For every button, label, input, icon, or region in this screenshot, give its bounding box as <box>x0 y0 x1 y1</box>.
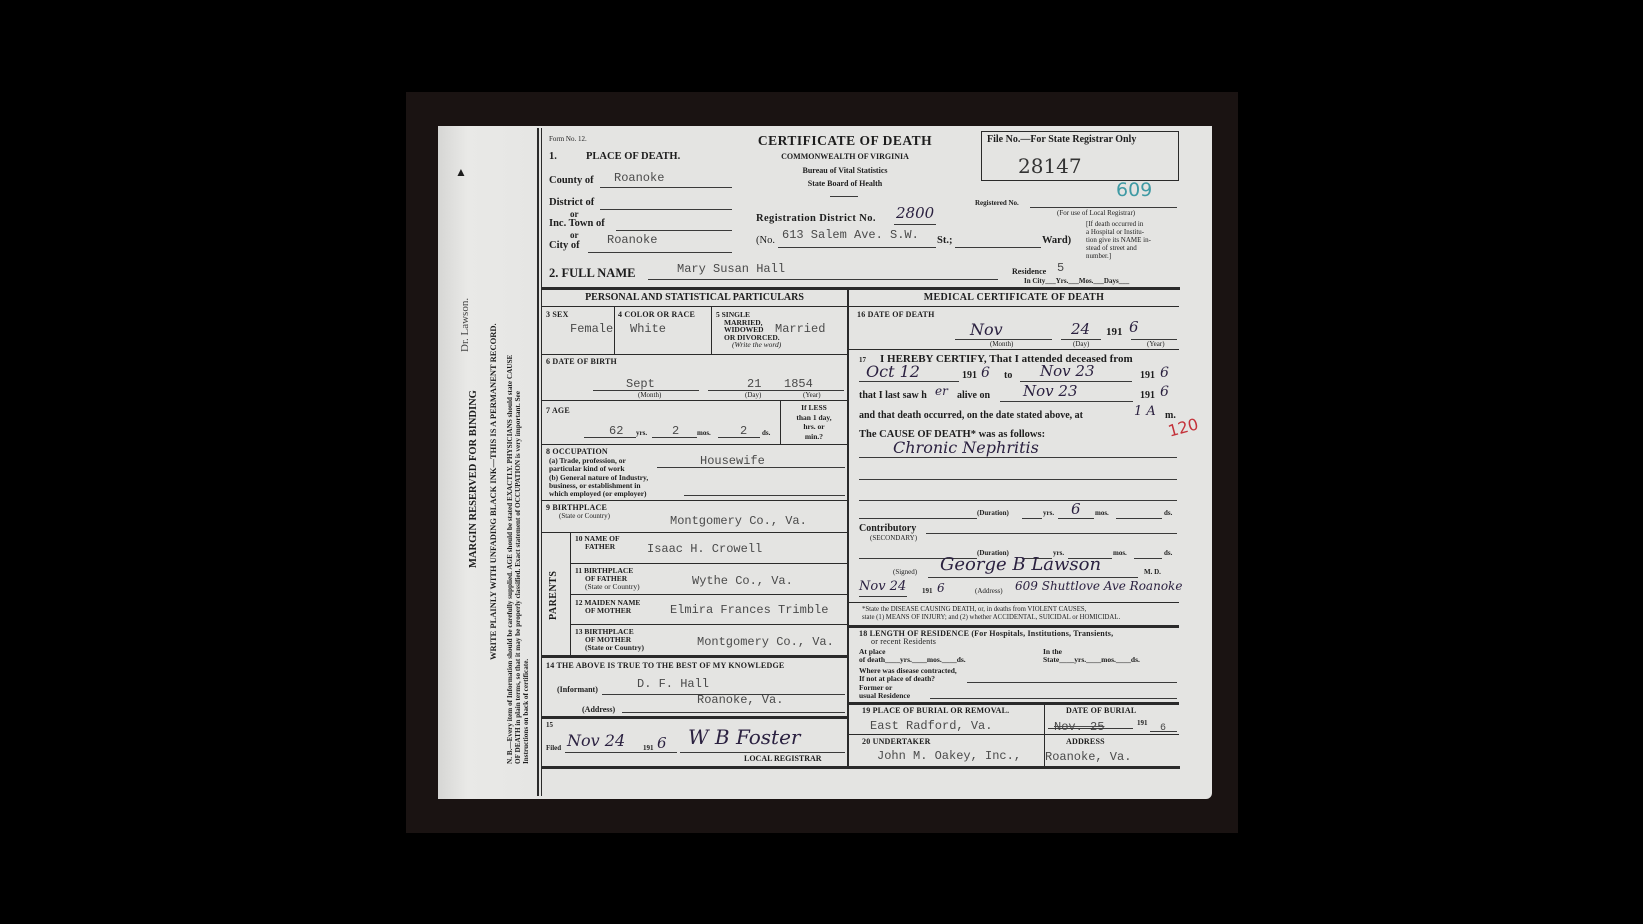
commonwealth-label: COMMONWEALTH OF VIRGINIA <box>720 153 970 161</box>
physician-signature: George B Lawson <box>940 556 1101 574</box>
year-caption: (Year) <box>803 392 821 399</box>
medical-header: MEDICAL CERTIFICATE OF DEATH <box>849 293 1179 303</box>
duration-years-line <box>1022 518 1042 519</box>
burial-year-suffix: 6 <box>1160 724 1166 734</box>
hospital-note-line: number.] <box>1086 252 1151 260</box>
informant-address-line <box>622 712 845 713</box>
rule <box>542 444 847 445</box>
month-caption: (Month) <box>990 341 1013 348</box>
less-than-line: hrs. or <box>782 422 846 432</box>
ward-line <box>955 247 1041 248</box>
rule <box>542 354 847 355</box>
dob-year: 1854 <box>784 378 813 390</box>
signed-label: (Signed) <box>893 569 917 576</box>
filed-number: 15 <box>546 722 553 729</box>
undertaker-address-label: ADDRESS <box>1066 738 1105 746</box>
year-suffix: 6 <box>981 366 990 380</box>
less-than-line: than 1 day, <box>782 413 846 423</box>
registrar-line <box>680 752 845 753</box>
occ-b-line: which employed (or employer) <box>549 490 648 498</box>
signed-date: Nov 24 <box>859 580 906 593</box>
day-caption: (Day) <box>1073 341 1089 348</box>
duration-months: 6 <box>1071 502 1081 517</box>
physician-address: 609 Shuttlove Ave Roanoke <box>1015 580 1182 592</box>
disease-contracted: Where was disease contracted, If not at … <box>859 667 957 683</box>
hospital-note-line: stead of street and <box>1086 244 1151 252</box>
race-label: 4 COLOR OR RACE <box>618 311 695 319</box>
registered-number-value: 609 <box>1116 181 1152 200</box>
year-suffix: 6 <box>1160 366 1169 380</box>
burial-date-label: DATE OF BURIAL <box>1066 707 1136 715</box>
registrar-signature: W B Foster <box>688 727 801 747</box>
dod-label: 16 DATE OF DEATH <box>857 311 935 319</box>
cell-divider <box>780 400 781 444</box>
column-divider <box>847 289 849 767</box>
residence-label: Residence <box>1012 268 1046 276</box>
marital-note: (Write the word) <box>716 341 781 349</box>
filed-year-prefix: 191 <box>643 745 654 752</box>
month-caption: (Month) <box>638 392 661 399</box>
street-line <box>778 247 936 248</box>
last-saw-line <box>1000 401 1133 402</box>
mother-value: Elmira Frances Trimble <box>670 604 828 616</box>
burial-date-line <box>1048 728 1133 729</box>
alive-on-label: alive on <box>957 391 990 401</box>
sex-label: 3 SEX <box>546 311 569 319</box>
rule <box>849 306 1179 307</box>
filed-date: Nov 24 <box>567 733 625 749</box>
margin-binding-text: MARGIN RESERVED FOR BINDING <box>469 390 480 568</box>
at-place-of-death: At place of death____yrs.____mos.____ds. <box>859 648 966 664</box>
day-caption: (Day) <box>745 392 761 399</box>
certify-number: 17 <box>859 357 866 364</box>
mother-birthplace-label: 13 BIRTHPLACE OF MOTHER (State or Countr… <box>575 628 644 652</box>
street-value: 613 Salem Ave. S.W. <box>782 229 919 241</box>
secondary-label: (SECONDARY) <box>870 535 917 542</box>
contracted-line-rule <box>967 682 1177 683</box>
year-suffix: 6 <box>1160 385 1169 399</box>
informant-value: D. F. Hall <box>637 678 709 690</box>
less-than-day: If LESS than 1 day, hrs. or min.? <box>782 403 846 441</box>
informant-address-value: Roanoke, Va. <box>697 694 783 706</box>
full-name-line <box>648 279 998 280</box>
st-label: St.; <box>937 236 952 247</box>
mother-label: 12 MAIDEN NAME OF MOTHER <box>575 599 640 615</box>
margin-double-rule <box>537 128 539 796</box>
contributory-label: Contributory <box>859 524 916 534</box>
former-residence: Former or usual Residence <box>859 684 910 700</box>
age-label: 7 AGE <box>546 407 570 415</box>
year-prefix: 191 <box>1140 371 1155 381</box>
mother-bp-line: (State or Country) <box>575 644 644 652</box>
residence-value: 5 <box>1057 262 1064 274</box>
section-rule <box>849 702 1179 705</box>
residence-length-sub: or recent Residents <box>871 638 936 646</box>
rule <box>849 602 1179 603</box>
or-label: or <box>570 231 579 240</box>
duration-label: (Duration) <box>977 510 1009 517</box>
duration-line <box>859 518 977 519</box>
bureau-label: Bureau of Vital Statistics <box>720 167 970 175</box>
reg-district-value: 2800 <box>896 206 934 221</box>
in-the-state: In the State____yrs.____mos.____ds. <box>1043 648 1140 664</box>
father-birthplace-label: 11 BIRTHPLACE OF FATHER (State or Countr… <box>575 567 640 591</box>
full-name-value: Mary Susan Hall <box>677 263 785 275</box>
cause-line <box>859 457 1177 458</box>
personal-header: PERSONAL AND STATISTICAL PARTICULARS <box>542 293 847 303</box>
father-bp-line: (State or Country) <box>575 583 640 591</box>
footnote-line: state (1) MEANS OF INJURY; and (2) wheth… <box>862 614 1120 622</box>
duration-months-line <box>1058 518 1094 519</box>
in-state-line: State____yrs.____mos.____ds. <box>1043 656 1140 664</box>
rule <box>571 624 847 625</box>
contributory-line <box>926 533 1177 534</box>
former-line: usual Residence <box>859 692 910 700</box>
county-value: Roanoke <box>614 172 664 184</box>
burial-place: East Radford, Va. <box>870 720 992 732</box>
marital-label: 5 SINGLE MARRIED, WIDOWED OR DIVORCED. (… <box>716 311 781 349</box>
less-than-line: min.? <box>782 432 846 442</box>
rule <box>571 563 847 564</box>
undertaker-label: 20 UNDERTAKER <box>862 738 931 746</box>
district-label: District of <box>549 198 594 209</box>
margin-nb-line3: Instructions on back of certificate. <box>523 659 530 764</box>
city-value: Roanoke <box>607 234 657 246</box>
rule <box>542 400 847 401</box>
undertaker-address: Roanoke, Va. <box>1045 751 1131 763</box>
city-label: City of <box>549 241 580 252</box>
age-days-line <box>718 437 760 438</box>
full-name-label: 2. FULL NAME <box>549 267 635 280</box>
father-label-line: FATHER <box>575 543 620 551</box>
birthplace-value: Montgomery Co., Va. <box>670 515 807 527</box>
yrs-label: yrs. <box>636 430 647 437</box>
mother-label-line: OF MOTHER <box>575 607 640 615</box>
town-label: Inc. Town of <box>549 219 605 230</box>
dob-day-line <box>708 390 844 391</box>
employer-line <box>684 495 845 496</box>
informant-label: (Informant) <box>557 686 598 694</box>
father-value: Isaac H. Crowell <box>647 543 762 555</box>
footnote-line: *State the DISEASE CAUSING DEATH, or, in… <box>862 606 1120 614</box>
death-time: 1 A <box>1134 405 1156 418</box>
cause-line <box>859 479 1177 480</box>
mos-label: mos. <box>1095 510 1109 517</box>
rule <box>542 306 847 307</box>
margin-double-rule-inner <box>541 128 542 796</box>
local-registrar-note: (For use of Local Registrar) <box>1057 210 1135 217</box>
hospital-note-line: tion give its NAME in- <box>1086 236 1151 244</box>
informant-address-label: (Address) <box>582 706 615 714</box>
dod-year-suffix: 6 <box>1129 320 1139 335</box>
rule <box>849 734 1179 735</box>
city-line <box>588 252 732 253</box>
death-occurred-label: and that death occurred, on the date sta… <box>859 411 1083 421</box>
dob-month: Sept <box>626 378 655 390</box>
board-label: State Board of Health <box>720 180 970 188</box>
registered-line <box>1030 207 1177 208</box>
cell-divider <box>711 306 712 354</box>
reg-district-line <box>894 224 936 225</box>
former-residence-line <box>930 698 1177 699</box>
residence-sub: In City___Yrs.___Mos.___Days___ <box>1024 278 1129 285</box>
year-suffix: 6 <box>937 582 945 594</box>
year-prefix: 191 <box>922 588 933 595</box>
occ-a-line: particular kind of work <box>549 465 626 473</box>
county-line <box>600 187 732 188</box>
father-birthplace-value: Wythe Co., Va. <box>692 575 793 587</box>
dod-year-prefix: 191 <box>1106 327 1123 338</box>
file-number-label: File No.—For State Registrar Only <box>987 135 1136 145</box>
sex-value: Female <box>570 323 613 335</box>
year-prefix: 191 <box>962 371 977 381</box>
bottom-rule <box>542 766 1180 769</box>
rule <box>849 349 1179 350</box>
attended-to: Nov 23 <box>1040 364 1095 379</box>
occupation-b-label: (b) General nature of Industry, business… <box>549 474 648 498</box>
attended-from: Oct 12 <box>866 364 920 380</box>
burial-year-prefix: 191 <box>1137 720 1148 727</box>
occupation-value: Housewife <box>700 455 765 467</box>
occupation-a-label: (a) Trade, profession, or particular kin… <box>549 457 626 473</box>
hospital-note-line: [If death occurred in <box>1086 220 1151 228</box>
race-value: White <box>630 323 666 335</box>
section-1-number: 1. <box>549 152 557 163</box>
last-saw-pronoun: er <box>935 385 948 397</box>
duration-days-line <box>1116 518 1162 519</box>
filed-year-suffix: 6 <box>657 736 667 751</box>
form-number: Form No. 12. <box>549 136 587 143</box>
birthplace-sub: (State or Country) <box>559 513 610 520</box>
ds-label: ds. <box>762 430 770 437</box>
burial-date: Nov. 25 <box>1054 721 1104 733</box>
hospital-note-line: a Hospital or Institu- <box>1086 228 1151 236</box>
age-months: 2 <box>672 425 679 437</box>
undertaker-value: John M. Oakey, Inc., <box>877 750 1021 762</box>
physician-address-label: (Address) <box>975 588 1003 595</box>
dob-label: 6 DATE OF BIRTH <box>546 358 617 366</box>
filed-line <box>565 752 677 753</box>
ds-label: ds. <box>1164 550 1172 557</box>
burial-label: 19 PLACE OF BURIAL OR REMOVAL. <box>862 707 1009 715</box>
district-line <box>600 209 732 210</box>
place-of-death-header: PLACE OF DEATH. <box>586 152 680 163</box>
certificate-title: CERTIFICATE OF DEATH <box>720 134 970 148</box>
year-prefix: 191 <box>1140 391 1155 401</box>
signature-line <box>928 577 1138 578</box>
reg-district-label: Registration District No. <box>756 214 876 225</box>
filed-label: Filed <box>546 745 561 752</box>
marital-value: Married <box>775 323 825 335</box>
cause-footnote: *State the DISEASE CAUSING DEATH, or, in… <box>862 606 1120 622</box>
section-rule <box>849 625 1179 628</box>
yrs-label: yrs. <box>1043 510 1054 517</box>
binding-hole-mark: ▲ <box>455 166 467 178</box>
signed-date-line <box>859 596 907 597</box>
section-rule <box>542 655 847 658</box>
contracted-line: If not at place of death? <box>859 675 957 683</box>
file-number-value: 28147 <box>1018 156 1082 176</box>
street-no-label: (No. <box>756 236 775 247</box>
rule <box>542 532 847 533</box>
mos-label: mos. <box>697 430 711 437</box>
parents-label: PARENTS <box>549 571 559 620</box>
registered-no-label: Registered No. <box>975 200 1019 207</box>
margin-write-plainly: WRITE PLAINLY WITH UNFADING BLACK INK—TH… <box>489 323 498 660</box>
cause-line <box>859 500 1177 501</box>
cell-divider <box>614 306 615 354</box>
ward-label: Ward) <box>1042 236 1071 247</box>
burial-year-line <box>1150 731 1177 732</box>
county-label: County of <box>549 176 594 187</box>
rule <box>571 594 847 595</box>
cause-value: Chronic Nephritis <box>893 440 1039 456</box>
rule <box>542 500 847 501</box>
father-label: 10 NAME OF FATHER <box>575 535 620 551</box>
less-than-line: If LESS <box>782 403 846 413</box>
mother-birthplace-value: Montgomery Co., Va. <box>697 636 834 648</box>
dod-day: 24 <box>1071 322 1090 337</box>
knowledge-statement: 14 THE ABOVE IS TRUE TO THE BEST OF MY K… <box>546 662 784 670</box>
title-divider <box>830 196 858 197</box>
age-days: 2 <box>740 425 747 437</box>
md-label: M. D. <box>1144 569 1161 576</box>
last-saw-label: that I last saw h <box>859 391 927 401</box>
ds-label: ds. <box>1164 510 1172 517</box>
section-rule <box>542 287 1180 290</box>
attended-from-line <box>859 381 959 382</box>
hospital-note: [If death occurred in a Hospital or Inst… <box>1086 220 1151 260</box>
at-place-line: of death____yrs.____mos.____ds. <box>859 656 966 664</box>
town-line <box>616 230 732 231</box>
dob-day: 21 <box>747 378 761 390</box>
section-rule <box>542 716 847 719</box>
margin-notation: Dr. Lawson. <box>460 298 471 352</box>
occupation-line <box>657 467 845 468</box>
to-label: to <box>1004 371 1012 381</box>
birthplace-label: 9 BIRTHPLACE <box>546 504 607 512</box>
duration-days-line <box>1134 558 1162 559</box>
year-caption: (Year) <box>1147 341 1165 348</box>
mos-label: mos. <box>1113 550 1127 557</box>
occupation-label: 8 OCCUPATION <box>546 448 608 456</box>
last-saw-date: Nov 23 <box>1023 384 1078 399</box>
dod-month: Nov <box>970 322 1003 338</box>
age-years: 62 <box>609 425 623 437</box>
registrar-label: LOCAL REGISTRAR <box>744 755 822 763</box>
